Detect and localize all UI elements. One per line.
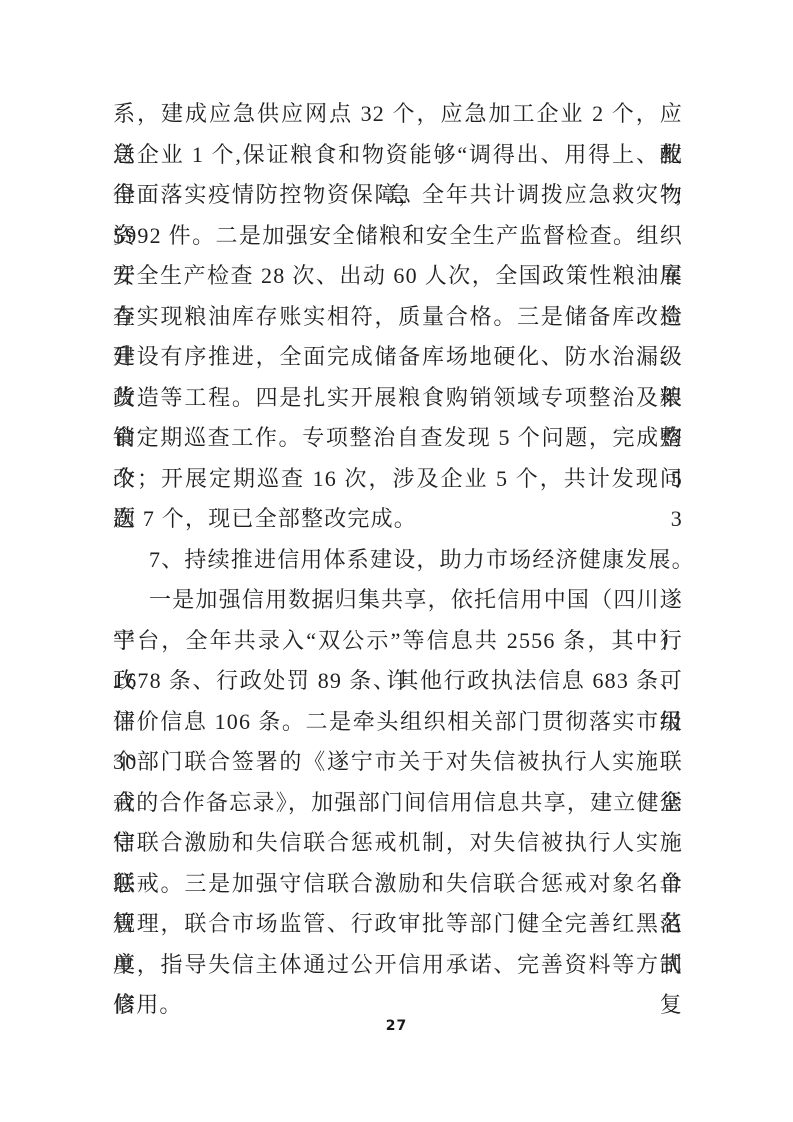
text-line: 一是加强信用数据归集共享，依托信用中国（四川遂宁） xyxy=(113,580,683,621)
text-line: 安全生产检查 28 次、出动 60 人次，全国政策性粮油库存检 xyxy=(113,256,683,297)
text-line: 评价信息 106 条。二是牵头组织相关部门贯彻落实市级 30 xyxy=(113,702,683,743)
page-number: 27 xyxy=(0,1018,793,1034)
text-line: 全面落实疫情防控物资保障，全年共计调拨应急救灾物资 xyxy=(113,175,683,216)
text-line: 管理，联合市场监管、行政审批等部门健全完善红黑名单制 xyxy=(113,904,683,945)
text-line: 度，指导失信主体通过公开信用承诺、完善资料等方式修复 xyxy=(113,945,683,986)
text-line: 系，建成应急供应网点 32 个，应急加工企业 2 个，应急配 xyxy=(113,94,683,135)
text-line: 送企业 1 个,保证粮食和物资能够“调得出、用得上、救得急”; xyxy=(113,135,683,176)
text-line: 个；开展定期巡查 16 次，涉及企业 5 个，共计发现问题 3 xyxy=(113,459,683,500)
text-line: 平台，全年共录入“双公示”等信息共 2556 条，其中行政许可 xyxy=(113,621,683,662)
text-line: 销定期巡查工作。专项整治自查发现 5 个问题，完成整改 5 xyxy=(113,418,683,459)
body-text: 系，建成应急供应网点 32 个，应急加工企业 2 个，应急配送企业 1 个,保证… xyxy=(113,94,683,1026)
text-line: 5992 件。二是加强安全储粮和安全生产监督检查。组织开展 xyxy=(113,216,683,257)
text-line: 改造等工程。四是扎实开展粮食购销领域专项整治及粮食购 xyxy=(113,378,683,419)
text-line: 信联合激励和失信联合惩戒机制，对失信被执行人实施联合 xyxy=(113,823,683,864)
text-line: 查实现粮油库存账实相符，质量合格。三是储备库改造升级 xyxy=(113,297,683,338)
text-line: 7、持续推进信用体系建设，助力市场经济健康发展。 xyxy=(113,540,683,581)
document-page: 系，建成应急供应网点 32 个，应急加工企业 2 个，应急配送企业 1 个,保证… xyxy=(0,0,793,1122)
text-line: 惩戒。三是加强守信联合激励和失信联合惩戒对象名单规范 xyxy=(113,864,683,905)
text-line: 1678 条、行政处罚 89 条、其他行政执法信息 683 条、信用 xyxy=(113,661,683,702)
text-line: 个部门联合签署的《遂宁市关于对失信被执行人实施联合惩 xyxy=(113,742,683,783)
text-line: 戒的合作备忘录》，加强部门间信用信息共享，建立健全守 xyxy=(113,783,683,824)
text-line: 建设有序推进，全面完成储备库场地硬化、防水治漏、货架 xyxy=(113,337,683,378)
